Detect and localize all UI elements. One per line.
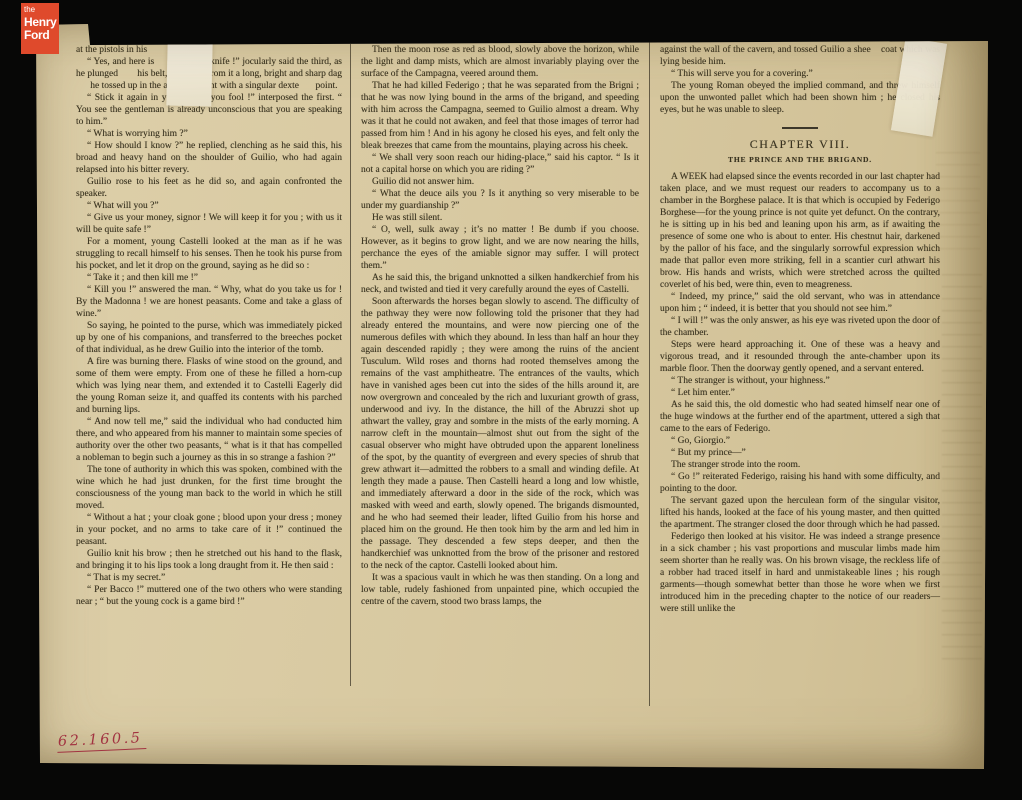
scanned-page: at the pistols in his “ Yes, and here is…: [34, 24, 990, 772]
chapter-divider-rule: [782, 127, 818, 129]
ink-show-through-upper: [936, 152, 980, 252]
logo-line-henry: Henry: [24, 16, 59, 28]
paragraph: Soon afterwards the horses began slowly …: [361, 296, 639, 572]
logo-line-the: the: [24, 6, 59, 14]
paragraph: “ Give us your money, signor ! We will k…: [76, 212, 342, 236]
paragraph: Then the moon rose as red as blood, slow…: [361, 44, 639, 80]
text-column-2: Then the moon rose as red as blood, slow…: [361, 44, 639, 608]
paragraph: A fire was burning there. Flasks of wine…: [76, 356, 342, 416]
paragraph: Guilio did not answer him.: [361, 176, 639, 188]
paragraph: The young Roman obeyed the implied comma…: [660, 80, 940, 116]
column-divider-1: [350, 42, 351, 686]
paragraph: A WEEK had elapsed since the events reco…: [660, 171, 940, 291]
chapter-subheading: THE PRINCE AND THE BRIGAND.: [660, 154, 940, 166]
paragraph: “ Per Bacco !” muttered one of the two o…: [76, 584, 342, 608]
paragraph: “ Kill you !” answered the man. “ Why, w…: [76, 284, 342, 320]
paragraph: “ That is my secret.”: [76, 572, 342, 584]
paragraph: “ What will you ?”: [76, 200, 342, 212]
paragraph: As he said this, the brigand unknotted a…: [361, 272, 639, 296]
paragraph: “ Let him enter.”: [660, 387, 940, 399]
paragraph: As he said this, the old domestic who ha…: [660, 399, 940, 435]
paragraph: For a moment, young Castelli looked at t…: [76, 236, 342, 272]
paragraph: “ Yes, and here is ttle case-knife !” jo…: [76, 56, 342, 92]
chapter-heading: CHAPTER VIII.: [660, 138, 940, 150]
paragraph: “ But my prince—”: [660, 447, 940, 459]
paragraph: “ We shall very soon reach our hiding-pl…: [361, 152, 639, 176]
paragraph: “ What is worrying him ?”: [76, 128, 342, 140]
paragraph: “ I will !” was the only answer, as his …: [660, 315, 940, 339]
paragraph: Guilio knit his brow ; then he stretched…: [76, 548, 342, 572]
logo-line-ford: Ford: [24, 29, 59, 41]
paragraph: It was a spacious vault in which he was …: [361, 572, 639, 608]
paragraph: “ Stick it again in your girdle, you foo…: [76, 92, 342, 128]
paragraph: The tone of authority in which this was …: [76, 464, 342, 512]
paragraph: So saying, he pointed to the purse, whic…: [76, 320, 342, 356]
paragraph: “ Go, Giorgio.”: [660, 435, 940, 447]
paragraph: at the pistols in his: [76, 44, 342, 56]
paragraph: The servant gazed upon the herculean for…: [660, 495, 940, 531]
paragraph: “ Go !” reiterated Federigo, raising his…: [660, 471, 940, 495]
column-3-top-paragraphs: against the wall of the cavern, and toss…: [660, 44, 940, 116]
paragraph: Federigo then looked at his visitor. He …: [660, 531, 940, 615]
paragraph: Guilio rose to his feet as he did so, an…: [76, 176, 342, 200]
henry-ford-logo: the Henry Ford: [21, 3, 59, 54]
paragraph: “ What the deuce ails you ? Is it anythi…: [361, 188, 639, 212]
column-3-paragraphs: A WEEK had elapsed since the events reco…: [660, 171, 940, 615]
column-divider-2: [649, 42, 650, 706]
text-column-1: at the pistols in his “ Yes, and here is…: [76, 44, 342, 608]
paragraph: “ The stranger is without, your highness…: [660, 375, 940, 387]
paragraph: “ This will serve you for a covering.”: [660, 68, 940, 80]
paragraph: “ Indeed, my prince,” said the old serva…: [660, 291, 940, 315]
paragraph: against the wall of the cavern, and toss…: [660, 44, 940, 68]
paragraph: That he had killed Federigo ; that he wa…: [361, 80, 639, 152]
paragraph: “ Take it ; and then kill me !”: [76, 272, 342, 284]
paragraph: “ And now tell me,” said the individual …: [76, 416, 342, 464]
ink-show-through: [942, 274, 982, 670]
paragraph: “ O, well, sulk away ; it’s no matter ! …: [361, 224, 639, 272]
paragraph: Steps were heard approaching it. One of …: [660, 339, 940, 375]
accession-number: 62.160.5: [57, 730, 146, 753]
paragraph: The stranger strode into the room.: [660, 459, 940, 471]
paragraph: “ How should I know ?” he replied, clenc…: [76, 140, 342, 176]
paragraph: “ Without a hat ; your cloak gone ; bloo…: [76, 512, 342, 548]
text-column-3: against the wall of the cavern, and toss…: [660, 44, 940, 615]
paragraph: He was still silent.: [361, 212, 639, 224]
